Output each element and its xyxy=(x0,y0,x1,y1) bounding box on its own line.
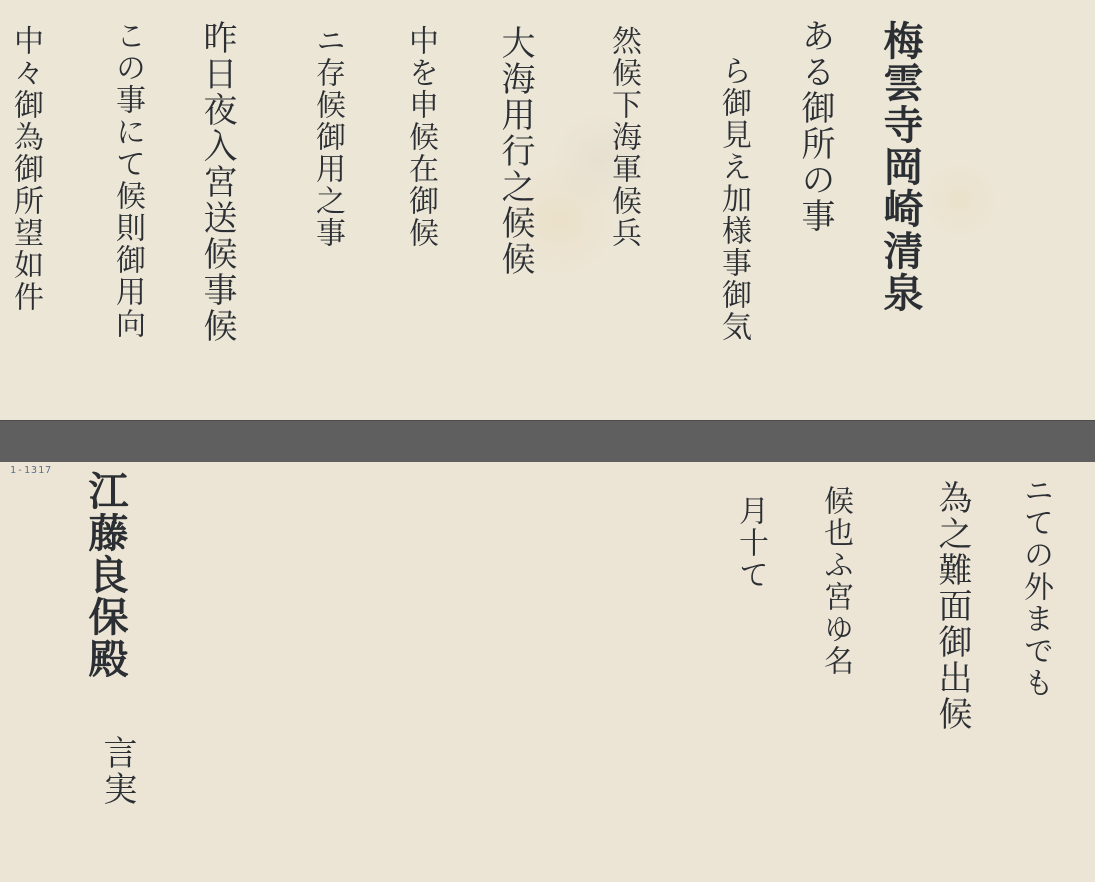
text-column-b2: 為之難面御出候 xyxy=(935,480,969,732)
panel-divider xyxy=(0,420,1095,463)
text-column-8: 昨日夜入宮送候事候 xyxy=(200,20,234,344)
archive-stamp: 1-1317 xyxy=(10,465,52,476)
text-column-b3: 候也ふ宮ゆ名 xyxy=(820,485,850,677)
letter-bottom-panel: ニての外までも 為之難面御出候 候也ふ宮ゆ名 月十て 江藤良保殿 言実 xyxy=(0,462,1095,882)
text-column-2: ある御所の事 xyxy=(798,18,832,234)
text-column-5: 大海用行之候候 xyxy=(498,25,532,277)
letter-top-panel: 梅雲寺岡崎清泉 ある御所の事 ら御見え加様事御気 然候下海軍候兵 大海用行之候候… xyxy=(0,0,1095,420)
text-column-7: ニ存候御用之事 xyxy=(312,25,342,249)
text-column-b1: ニての外までも xyxy=(1020,475,1050,699)
text-column-9: この事にて候則御用向 xyxy=(112,20,142,340)
text-column-10: 中々御為御所望如件 xyxy=(10,25,40,313)
text-column-1: 梅雲寺岡崎清泉 xyxy=(880,20,920,314)
text-column-4: 然候下海軍候兵 xyxy=(608,25,638,249)
addressee-column: 江藤良保殿 xyxy=(85,470,125,680)
signature-column: 言実 xyxy=(100,735,134,807)
text-column-3: ら御見え加様事御気 xyxy=(718,55,748,343)
text-column-b4: 月十て xyxy=(735,495,765,591)
text-column-6: 中を申候在御候 xyxy=(405,25,435,249)
